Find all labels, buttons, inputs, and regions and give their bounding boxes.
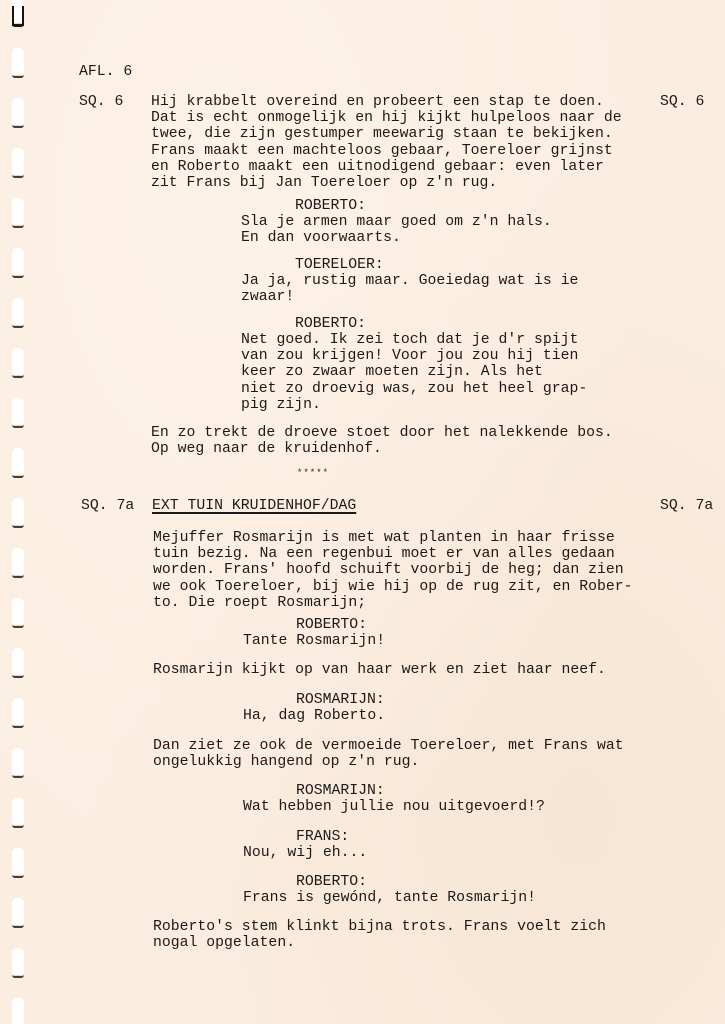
character-cue: FRANS: (296, 829, 349, 845)
character-cue: ROBERTO: (295, 198, 366, 214)
dialogue-text: Frans is gewónd, tante Rosmarijn! (243, 890, 536, 906)
binding-hole (12, 148, 24, 178)
binding-hole (12, 698, 24, 728)
dialogue-text: Ja ja, rustig maar. Goeiedag wat is ie z… (241, 273, 578, 305)
scene-7a-action-3: Dan ziet ze ook de vermoeide Toereloer, … (153, 738, 624, 770)
dialogue-text: Ha, dag Roberto. (243, 708, 385, 724)
scene-7a-action-1: Mejuffer Rosmarijn is met wat planten in… (153, 530, 633, 611)
dialogue-text: Sla je armen maar goed om z'n hals. En d… (241, 214, 552, 246)
binding-hole (12, 98, 24, 128)
binding-hole (12, 948, 24, 978)
scene-separator: ***** (297, 468, 329, 478)
character-cue: ROBERTO: (295, 316, 366, 332)
character-cue: ROBERTO: (296, 617, 367, 633)
scene-6-label-right: SQ. 6 (660, 94, 704, 110)
binding-hole (12, 848, 24, 878)
dialogue-text: Nou, wij eh... (243, 845, 367, 861)
scene-6-label-left: SQ. 6 (79, 94, 123, 110)
binding-hole (12, 648, 24, 678)
scene-heading: EXT TUIN KRUIDENHOF/DAG (152, 498, 356, 514)
binding-hole (12, 748, 24, 778)
dialogue-text: Wat hebben jullie nou uitgevoerd!? (243, 799, 545, 815)
binding-hole (12, 598, 24, 628)
binding-hole (12, 48, 24, 78)
character-cue: TOERELOER: (295, 257, 384, 273)
binding-hole (12, 398, 24, 428)
scene-6-action-1: Hij krabbelt overeind en probeert een st… (151, 94, 622, 191)
episode-label: AFL. 6 (79, 64, 132, 80)
scene-6-action-2: En zo trekt de droeve stoet door het nal… (151, 425, 613, 457)
binding-hole (12, 448, 24, 478)
binding-hole (12, 298, 24, 328)
dialogue-text: Net goed. Ik zei toch dat je d'r spijt v… (241, 332, 587, 413)
binding-hole (12, 798, 24, 828)
binding-holes (12, 0, 28, 1024)
character-cue: ROSMARIJN: (296, 783, 385, 799)
binding-hole (12, 498, 24, 528)
binding-hole (12, 898, 24, 928)
scene-7a-label-right: SQ. 7a (660, 498, 713, 514)
character-cue: ROSMARIJN: (296, 692, 385, 708)
character-cue: ROBERTO: (296, 874, 367, 890)
scene-7a-action-2: Rosmarijn kijkt op van haar werk en ziet… (153, 662, 606, 678)
dialogue-text: Tante Rosmarijn! (243, 633, 385, 649)
binding-hole (12, 348, 24, 378)
binding-hole (12, 0, 24, 27)
binding-hole (12, 198, 24, 228)
binding-hole (12, 248, 24, 278)
scene-7a-action-4: Roberto's stem klinkt bijna trots. Frans… (153, 919, 606, 951)
binding-hole (12, 548, 24, 578)
binding-hole (12, 998, 24, 1024)
scene-7a-label-left: SQ. 7a (81, 498, 134, 514)
